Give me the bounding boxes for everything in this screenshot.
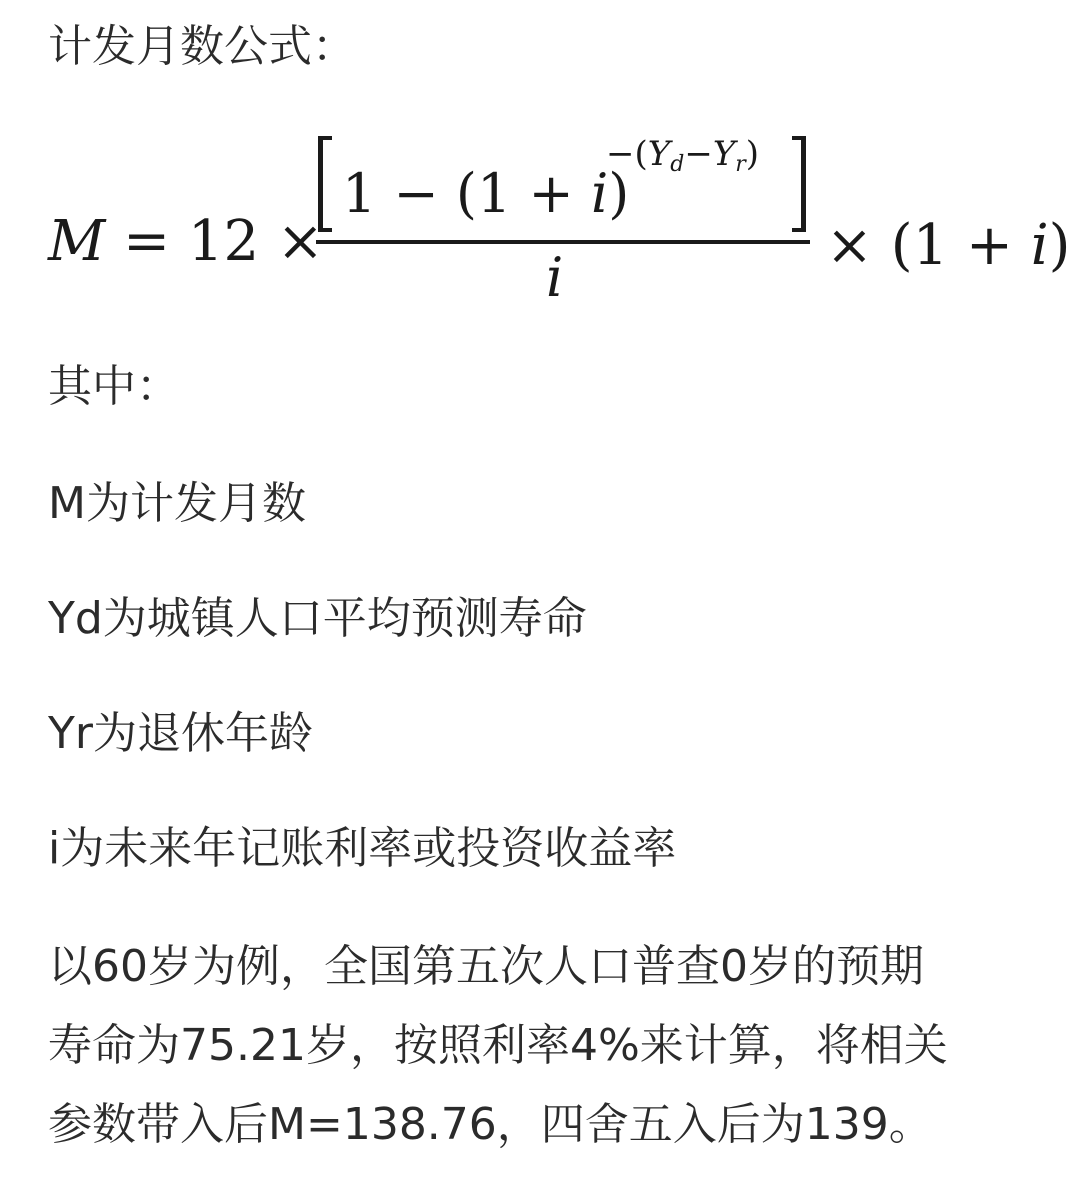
definition-yr: Yr为退休年龄 <box>48 705 313 763</box>
formula-denominator: i <box>546 248 563 308</box>
definition-i: i为未来年记账利率或投资收益率 <box>48 820 676 878</box>
formula-heading: 计发月数公式： <box>48 18 356 76</box>
numerator-main: 1 − (1 + <box>342 162 591 225</box>
exponent-suffix: ) <box>746 134 759 174</box>
left-bracket <box>318 136 332 232</box>
formula-exponent: −(Yd−Yr) <box>606 134 759 177</box>
definition-yd: Yd为城镇人口平均预测寿命 <box>48 590 587 648</box>
example-line-2: 寿命为75.21岁，按照利率4%来计算，将相关 <box>48 1017 948 1075</box>
rhs-suffix: ) <box>1049 213 1071 278</box>
monthly-payment-formula: M = 12 × 1 − (1 + i) −(Yd−Yr) i × (1 + i… <box>48 128 1048 318</box>
rhs-prefix: × (1 + <box>826 213 1031 278</box>
formula-lhs: M = 12 × <box>48 210 324 274</box>
exponent-sub-r: r <box>735 152 746 177</box>
exponent-yr: Y <box>713 134 735 174</box>
where-label: 其中： <box>48 358 180 416</box>
numerator-text: 1 − (1 + i) <box>342 164 629 224</box>
right-bracket <box>792 136 806 232</box>
definition-m: M为计发月数 <box>48 475 306 533</box>
formula-var-m: M <box>48 209 105 274</box>
exponent-sub-d: d <box>670 152 684 177</box>
example-line-3: 参数带入后M=138.76，四舍五入后为139。 <box>48 1096 933 1154</box>
formula-rhs: × (1 + i) <box>826 214 1071 278</box>
formula-numerator: 1 − (1 + i) −(Yd−Yr) <box>316 130 810 240</box>
exponent-yd: Y <box>648 134 670 174</box>
formula-equals-12-times: = 12 × <box>105 209 324 274</box>
example-line-1: 以60岁为例，全国第五次人口普查0岁的预期 <box>48 938 924 996</box>
exponent-minus: − <box>684 134 713 174</box>
fraction-bar <box>316 240 810 244</box>
exponent-prefix: −( <box>606 134 648 174</box>
formula-fraction: 1 − (1 + i) −(Yd−Yr) i <box>316 128 810 318</box>
rhs-i: i <box>1031 213 1049 278</box>
